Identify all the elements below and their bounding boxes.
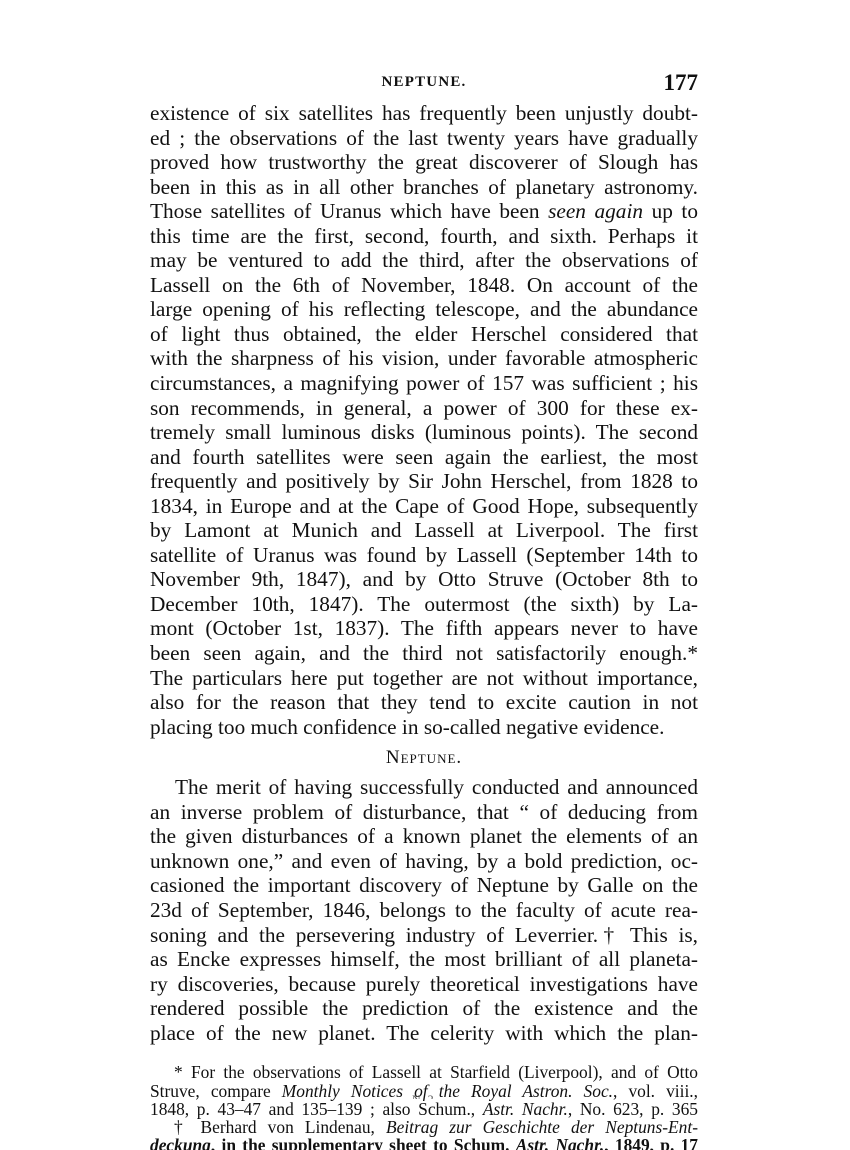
text-line: son recommends, in general, a power of 3… — [150, 396, 698, 421]
text-line: of light thus obtained, the elder Hersch… — [150, 322, 698, 347]
running-title: NEPTUNE. — [150, 74, 698, 91]
work-title: Beitrag zur Geschichte der Neptuns-Ent- — [386, 1117, 698, 1137]
text-line: been in this as in all other branches of… — [150, 175, 698, 200]
text-line: Lassell on the 6th of November, 1848. On… — [150, 273, 698, 298]
text-line: the given disturbances of a known planet… — [150, 824, 698, 849]
text-line: The particulars here put together are no… — [150, 666, 698, 691]
text-line: this time are the first, second, fourth,… — [150, 224, 698, 249]
text-line: an inverse problem of disturbance, that … — [150, 800, 698, 825]
text-segment: , vol. viii., — [613, 1081, 698, 1101]
book-page: NEPTUNE. 177 existence of six satellites… — [150, 70, 698, 1150]
text-line: unknown one,” and even of having, by a b… — [150, 849, 698, 874]
text-line: rendered possible the prediction of the … — [150, 996, 698, 1021]
paragraph-uranus-satellites: existence of six satellites has frequent… — [150, 101, 698, 739]
text-line: place of the new planet. The celerity wi… — [150, 1021, 698, 1046]
text-line: may be ventured to add the third, after … — [150, 248, 698, 273]
text-line: also for the reason that they tend to ex… — [150, 690, 698, 715]
journal-title: Astr. Nachr. — [516, 1135, 604, 1150]
text-line: satellite of Uranus was found by Lassell… — [150, 543, 698, 568]
text-line: as Encke expresses himself, the most bri… — [150, 947, 698, 972]
journal-title: Astr. Nachr. — [483, 1099, 568, 1119]
text-line: by Lamont at Munich and Lassell at Liver… — [150, 518, 698, 543]
journal-title: Monthly Notices of the Royal Astron. Soc… — [282, 1081, 613, 1101]
text-segment: 1848, p. 43–47 and 135–139 ; also Schum.… — [150, 1099, 483, 1119]
footnote-line: deckung, in the supplementary sheet to S… — [150, 1136, 698, 1150]
text-segment: † Berhard von Lindenau, — [174, 1117, 386, 1137]
text-line: 1834, in Europe and at the Cape of Good … — [150, 494, 698, 519]
text-line: ed ; the observations of the last twenty… — [150, 126, 698, 151]
text-line: November 9th, 1847), and by Otto Struve … — [150, 567, 698, 592]
running-head: NEPTUNE. 177 — [150, 70, 698, 100]
text-line: The merit of having successfully conduct… — [150, 775, 698, 800]
text-segment: Those satellites of Uranus which have be… — [150, 199, 548, 223]
text-segment: , No. 623, p. 365 — [568, 1099, 698, 1119]
footnote-line: * For the observations of Lassell at Sta… — [150, 1063, 698, 1081]
text-segment: Struve, compare — [150, 1081, 282, 1101]
footnote-line: † Berhard von Lindenau, Beitrag zur Gesc… — [150, 1118, 698, 1136]
footnote-line: 1848, p. 43–47 and 135–139 ; also Schum.… — [150, 1100, 698, 1118]
italic-phrase: seen again — [548, 199, 643, 223]
text-line: and fourth satellites were seen again th… — [150, 445, 698, 470]
page-number: 177 — [664, 70, 699, 96]
text-segment: , in the supplementary sheet to Schum. — [211, 1135, 516, 1150]
paragraph-neptune-discovery: The merit of having successfully conduct… — [150, 775, 698, 1045]
printer-signature-mark: N 2 — [412, 1093, 436, 1099]
section-heading: Neptune. — [150, 747, 698, 769]
text-line: existence of six satellites has frequent… — [150, 101, 698, 126]
footnotes: * For the observations of Lassell at Sta… — [150, 1063, 698, 1150]
text-line: circumstances, a magnifying power of 157… — [150, 371, 698, 396]
text-line: been seen again, and the third not satis… — [150, 641, 698, 666]
text-line: December 10th, 1847). The outermost (the… — [150, 592, 698, 617]
text-line: tremely small luminous disks (luminous p… — [150, 420, 698, 445]
text-line: proved how trustworthy the great discove… — [150, 150, 698, 175]
text-segment: , 1849, p. 17 — [604, 1135, 698, 1150]
text-line: frequently and positively by Sir John He… — [150, 469, 698, 494]
text-line: large opening of his reflecting telescop… — [150, 297, 698, 322]
work-title: deckung — [150, 1135, 211, 1150]
footnote-asterisk: * For the observations of Lassell at Sta… — [150, 1063, 698, 1118]
text-line: placing too much confidence in so-called… — [150, 715, 698, 740]
text-line: casioned the important discovery of Nept… — [150, 873, 698, 898]
footnote-dagger: † Berhard von Lindenau, Beitrag zur Gesc… — [150, 1118, 698, 1150]
text-line: 23d of September, 1846, belongs to the f… — [150, 898, 698, 923]
text-line: mont (October 1st, 1837). The fifth appe… — [150, 616, 698, 641]
text-line: with the sharpness of his vision, under … — [150, 346, 698, 371]
body-text: existence of six satellites has frequent… — [150, 101, 698, 1045]
text-line: soning and the persevering industry of L… — [150, 923, 698, 948]
text-line: ry discoveries, because purely theoretic… — [150, 972, 698, 997]
text-line: Those satellites of Uranus which have be… — [150, 199, 698, 224]
text-segment: up to — [643, 199, 698, 223]
